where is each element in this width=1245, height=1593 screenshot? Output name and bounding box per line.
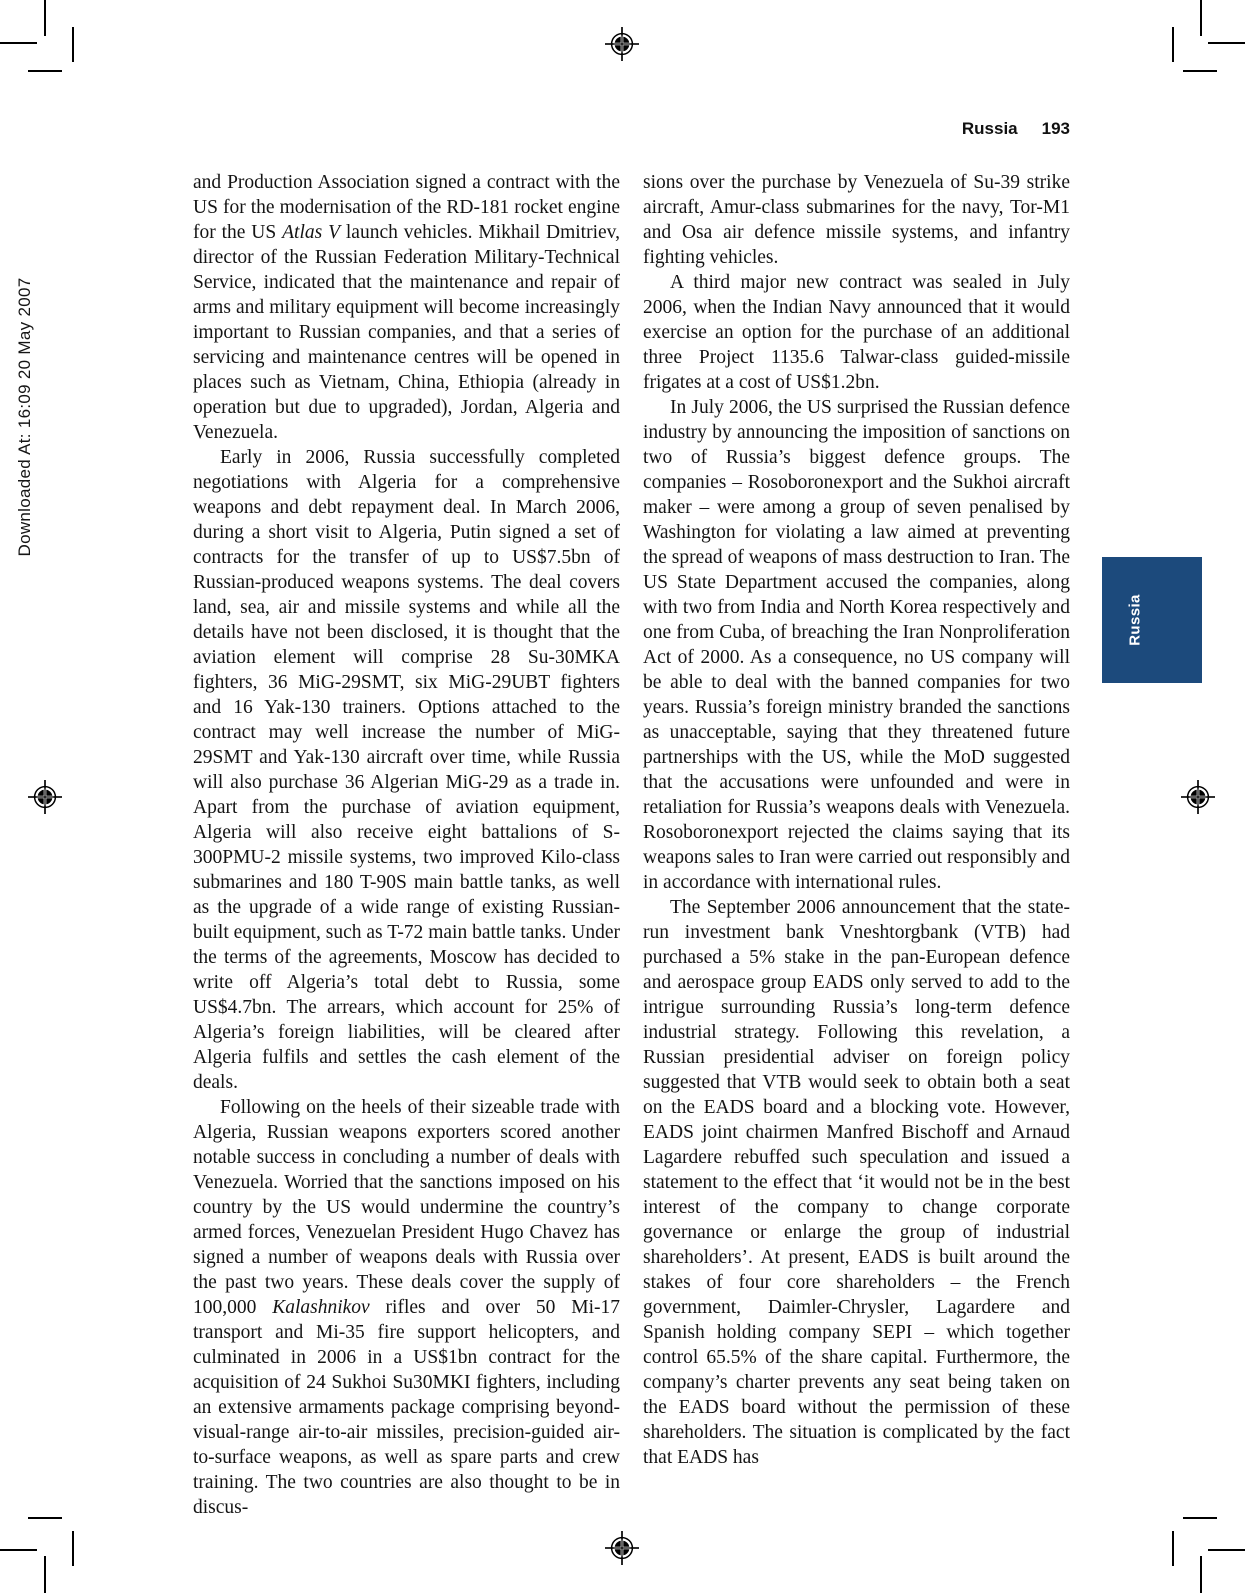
crop-mark [1200,1556,1202,1593]
text-run: In July 2006, the US surprised the Russi… [643,397,1070,893]
crop-mark [1183,1517,1217,1519]
crop-mark [1172,27,1174,62]
book-page: Downloaded At: 16:09 20 May 2007 Russia1… [0,0,1245,1593]
crop-mark [1200,0,1202,36]
body-paragraph: The September 2006 announcement that the… [643,895,1070,1470]
text-column-left: and Production Association signed a cont… [193,170,620,1520]
registration-mark-icon [605,27,639,61]
crop-mark [44,0,46,36]
download-watermark: Downloaded At: 16:09 20 May 2007 [15,278,35,557]
page-header: Russia193 [643,119,1070,139]
crop-mark [28,1517,62,1519]
section-tab-label: Russia [1127,594,1144,646]
crop-mark [1208,42,1245,44]
text-run: Following on the heels of their sizeable… [193,1097,620,1318]
text-column-right: sions over the purchase by Venezuela of … [643,170,1070,1520]
crop-mark [0,1549,37,1551]
section-tab: Russia [1102,557,1202,683]
section-title: Russia [962,119,1018,138]
text-run: launch vehicles. Mikhail Dmitriev, direc… [193,222,620,443]
text-run: rifles and over 50 Mi-17 transport and M… [193,1297,620,1518]
text-run: A third major new contract was sealed in… [643,272,1070,393]
body-paragraph: Following on the heels of their sizeable… [193,1095,620,1520]
page-number: 193 [1042,119,1070,138]
crop-mark [44,1556,46,1593]
italic-text-run: Kalashnikov [272,1297,370,1318]
body-paragraph: sions over the purchase by Venezuela of … [643,170,1070,270]
crop-mark [0,42,37,44]
text-run: sions over the purchase by Venezuela of … [643,172,1070,268]
body-paragraph: A third major new contract was sealed in… [643,270,1070,395]
registration-mark-icon [605,1531,639,1565]
registration-mark-icon [28,780,62,814]
italic-text-run: Atlas V [282,222,340,243]
crop-mark [72,27,74,62]
crop-mark [1208,1549,1245,1551]
crop-mark [28,70,62,72]
body-text-block: and Production Association signed a cont… [193,170,1070,1520]
text-run: Early in 2006, Russia successfully compl… [193,447,620,1093]
crop-mark [1183,70,1217,72]
text-run: The September 2006 announcement that the… [643,897,1070,1468]
body-paragraph: In July 2006, the US surprised the Russi… [643,395,1070,895]
body-paragraph: and Production Association signed a cont… [193,170,620,445]
crop-mark [1172,1531,1174,1566]
crop-mark [72,1531,74,1566]
registration-mark-icon [1181,780,1215,814]
body-paragraph: Early in 2006, Russia successfully compl… [193,445,620,1095]
